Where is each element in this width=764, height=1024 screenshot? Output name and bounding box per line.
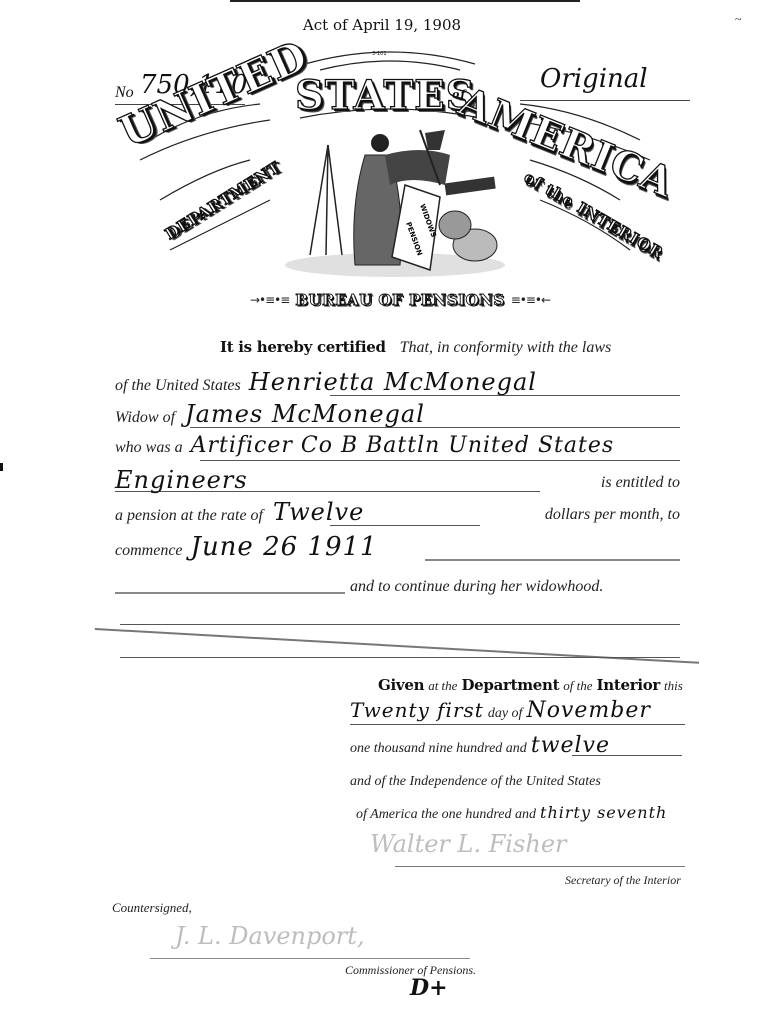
husband-name-row: Widow of James McMonegal (115, 400, 425, 428)
service-description: Artificer Co B Battln United States (191, 433, 615, 458)
certified-heading: It is hereby certified (220, 338, 386, 356)
countersigned-label: Countersigned, (112, 900, 192, 916)
left-ornament-icon: →•≡•≡ (250, 293, 289, 307)
columbia-vignette-icon: WIDOWS PENSION (280, 125, 510, 280)
bureau-heading: →•≡•≡ BUREAU OF PENSIONS ≡•≡•← (230, 288, 570, 312)
right-ornament-icon: ≡•≡•← (511, 293, 550, 307)
banner-states: STATES (295, 72, 475, 119)
husband-name: James McMonegal (185, 400, 425, 428)
edge-mark (0, 463, 3, 471)
year-row: one thousand nine hundred and twelve (350, 733, 610, 758)
continue-row: and to continue during her widowhood. (350, 578, 603, 596)
pension-amount: Twelve (273, 498, 364, 526)
commence-line (425, 559, 680, 561)
pension-rate-text: a pension at the rate of (115, 507, 263, 524)
commence-text: commence (115, 542, 183, 559)
widow-of-text: Widow of (115, 409, 175, 426)
date-line (350, 724, 685, 725)
independence-year-value: thirty seventh (540, 803, 667, 822)
widow-name-row: of the United States Henrietta McMonegal (115, 368, 537, 396)
commissioner-signature-line (150, 958, 470, 959)
certified-line: It is hereby certified That, in conformi… (220, 338, 611, 357)
interior-text: Interior (597, 676, 661, 694)
service-line (200, 460, 680, 461)
day-of-text: day of (488, 706, 523, 721)
independence-year-text: of America the one hundred and (356, 807, 536, 822)
cancel-stroke (95, 628, 699, 664)
department-text: Department (461, 676, 559, 694)
secretary-title: Secretary of the Interior (565, 873, 681, 888)
year-value: twelve (531, 733, 610, 758)
independence-text: and of the Independence of the United St… (350, 774, 601, 789)
commissioner-signature: J. L. Davenport, (175, 922, 365, 950)
independence-row: and of the Independence of the United St… (350, 772, 601, 790)
secretary-signature: Walter L. Fisher (370, 830, 567, 858)
bureau-title: BUREAU OF PENSIONS (295, 291, 504, 309)
month-value: November (526, 698, 650, 723)
continue-text: and to continue during her widowhood. (350, 578, 603, 595)
entitled-text: is entitled to (601, 474, 680, 492)
blank-line-2 (120, 657, 680, 658)
engineers-row: Engineers is entitled to (115, 466, 680, 494)
of-the-text: of the (563, 678, 592, 693)
this-text: this (664, 678, 683, 693)
commence-row: commence June 26 1911 (115, 532, 378, 562)
continue-line (115, 592, 345, 594)
widow-name: Henrietta McMonegal (249, 368, 537, 396)
year-text: one thousand nine hundred and (350, 741, 527, 756)
day-row: Twenty first day of November (350, 698, 651, 723)
independence-year-row: of America the one hundred and thirty se… (356, 803, 667, 823)
rate-row: a pension at the rate of Twelve dollars … (115, 498, 680, 526)
service-row: who was a Artificer Co B Battln United S… (115, 433, 614, 458)
service-unit: Engineers (115, 466, 248, 494)
given-text: Given (378, 676, 424, 694)
given-row: Given at the Department of the Interior … (378, 676, 683, 695)
clerk-initials: D+ (410, 975, 448, 1001)
commence-date: June 26 1911 (191, 532, 378, 562)
united-states-text: of the United States (115, 377, 241, 394)
who-was-a-text: who was a (115, 439, 183, 456)
conformity-text: That, in conformity with the laws (400, 339, 612, 356)
day-value: Twenty first (350, 698, 484, 722)
blank-line-1 (120, 624, 680, 625)
secretary-signature-line (395, 866, 685, 867)
dollars-per-month-text: dollars per month, to (545, 506, 680, 524)
at-the-text: at the (428, 678, 457, 693)
